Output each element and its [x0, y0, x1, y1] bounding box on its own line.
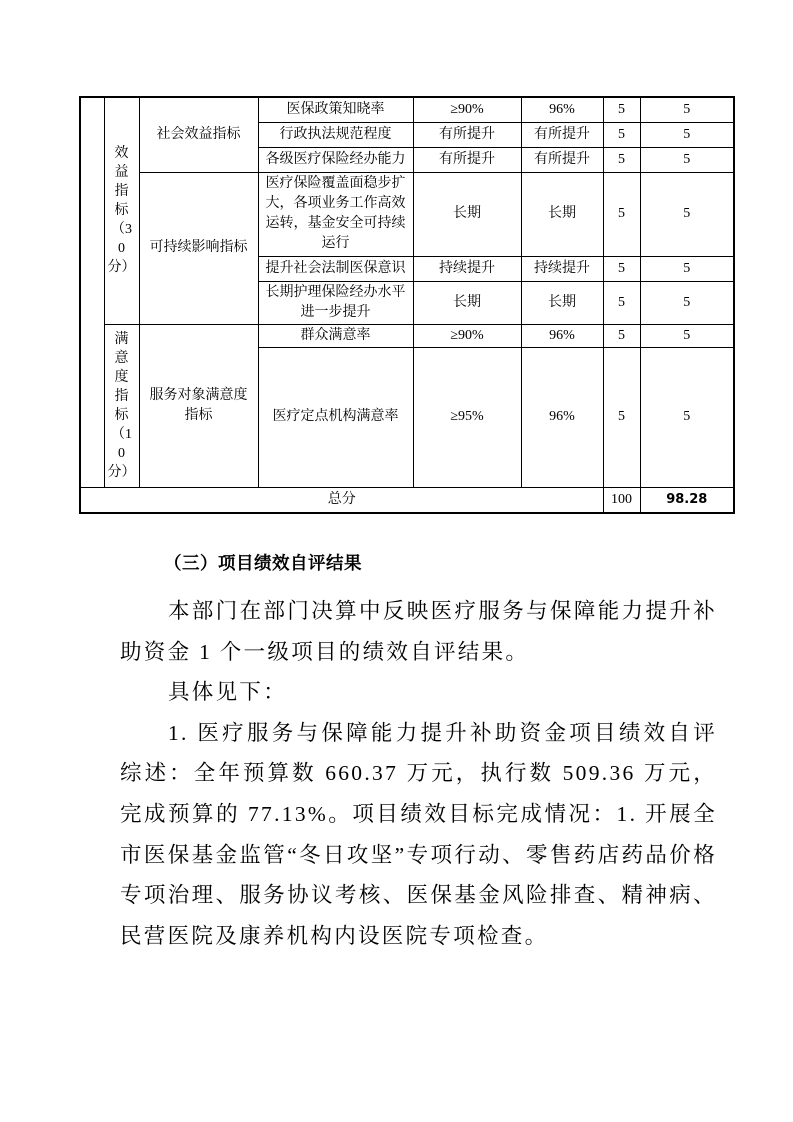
actual-value-cell: 96% [521, 324, 603, 347]
actual-value-cell: 持续提升 [521, 256, 603, 281]
self-score-cell: 5 [640, 347, 734, 487]
indicator-name-cell: 医保政策知晓率 [258, 97, 413, 122]
performance-score-table: 效 益 指 标 （3 0 分） 社会效益指标 医保政策知晓率 ≥90% 96% … [79, 96, 735, 514]
service-target-subcategory-cell: 服务对象满意度 指标 [139, 324, 258, 487]
score-cell: 5 [603, 147, 640, 172]
body-text-block: （三）项目绩效自评结果 本部门在部门决算中反映医疗服务与保障能力提升补助资金 1… [120, 549, 717, 956]
sustainability-subcategory-cell: 可持续影响指标 [139, 172, 258, 324]
paragraph: 具体见下： [120, 672, 717, 713]
target-value-cell: ≥90% [413, 97, 521, 122]
self-score-cell: 5 [640, 281, 734, 324]
self-score-cell: 5 [640, 122, 734, 147]
actual-value-cell: 有所提升 [521, 122, 603, 147]
score-cell: 5 [603, 122, 640, 147]
target-value-cell: 长期 [413, 281, 521, 324]
indicator-name-cell: 医疗保险覆盖面稳步扩大，各项业务工作高效运转，基金安全可持续运行 [258, 172, 413, 256]
actual-value-cell: 长期 [521, 172, 603, 256]
target-value-cell: ≥90% [413, 324, 521, 347]
paragraph: 本部门在部门决算中反映医疗服务与保障能力提升补助资金 1 个一级项目的绩效自评结… [120, 591, 717, 672]
actual-value-cell: 96% [521, 97, 603, 122]
score-cell: 5 [603, 347, 640, 487]
self-score-cell: 5 [640, 256, 734, 281]
social-benefit-subcategory-cell: 社会效益指标 [139, 97, 258, 172]
total-self-score-cell: 98.28 [640, 487, 734, 513]
target-value-cell: ≥95% [413, 347, 521, 487]
left-spacer-cell [80, 97, 104, 487]
target-value-cell: 长期 [413, 172, 521, 256]
target-value-cell: 持续提升 [413, 256, 521, 281]
score-cell: 5 [603, 97, 640, 122]
paragraph: 1. 医疗服务与保障能力提升补助资金项目绩效自评综述：全年预算数 660.37 … [120, 713, 717, 957]
section-heading: （三）项目绩效自评结果 [120, 549, 717, 577]
total-row: 总分 100 98.28 [80, 487, 734, 513]
total-max-score-cell: 100 [603, 487, 640, 513]
self-score-cell: 5 [640, 324, 734, 347]
table-row: 效 益 指 标 （3 0 分） 社会效益指标 医保政策知晓率 ≥90% 96% … [80, 97, 734, 122]
target-value-cell: 有所提升 [413, 122, 521, 147]
score-cell: 5 [603, 172, 640, 256]
score-cell: 5 [603, 324, 640, 347]
table-row: 满 意 度 指 标 （1 0 分） 服务对象满意度 指标 群众满意率 ≥90% … [80, 324, 734, 347]
indicator-name-cell: 行政执法规范程度 [258, 122, 413, 147]
actual-value-cell: 长期 [521, 281, 603, 324]
actual-value-cell: 有所提升 [521, 147, 603, 172]
target-value-cell: 有所提升 [413, 147, 521, 172]
benefit-category-cell: 效 益 指 标 （3 0 分） [104, 97, 139, 324]
actual-value-cell: 96% [521, 347, 603, 487]
indicator-name-cell: 群众满意率 [258, 324, 413, 347]
indicator-name-cell: 医疗定点机构满意率 [258, 347, 413, 487]
total-label-cell: 总分 [80, 487, 603, 513]
self-score-cell: 5 [640, 97, 734, 122]
self-score-cell: 5 [640, 172, 734, 256]
satisfaction-category-cell: 满 意 度 指 标 （1 0 分） [104, 324, 139, 487]
document-page: 效 益 指 标 （3 0 分） 社会效益指标 医保政策知晓率 ≥90% 96% … [0, 0, 793, 1122]
indicator-name-cell: 各级医疗保险经办能力 [258, 147, 413, 172]
self-score-cell: 5 [640, 147, 734, 172]
indicator-name-cell: 长期护理保险经办水平进一步提升 [258, 281, 413, 324]
score-cell: 5 [603, 281, 640, 324]
score-cell: 5 [603, 256, 640, 281]
indicator-name-cell: 提升社会法制医保意识 [258, 256, 413, 281]
table-row: 可持续影响指标 医疗保险覆盖面稳步扩大，各项业务工作高效运转，基金安全可持续运行… [80, 172, 734, 256]
